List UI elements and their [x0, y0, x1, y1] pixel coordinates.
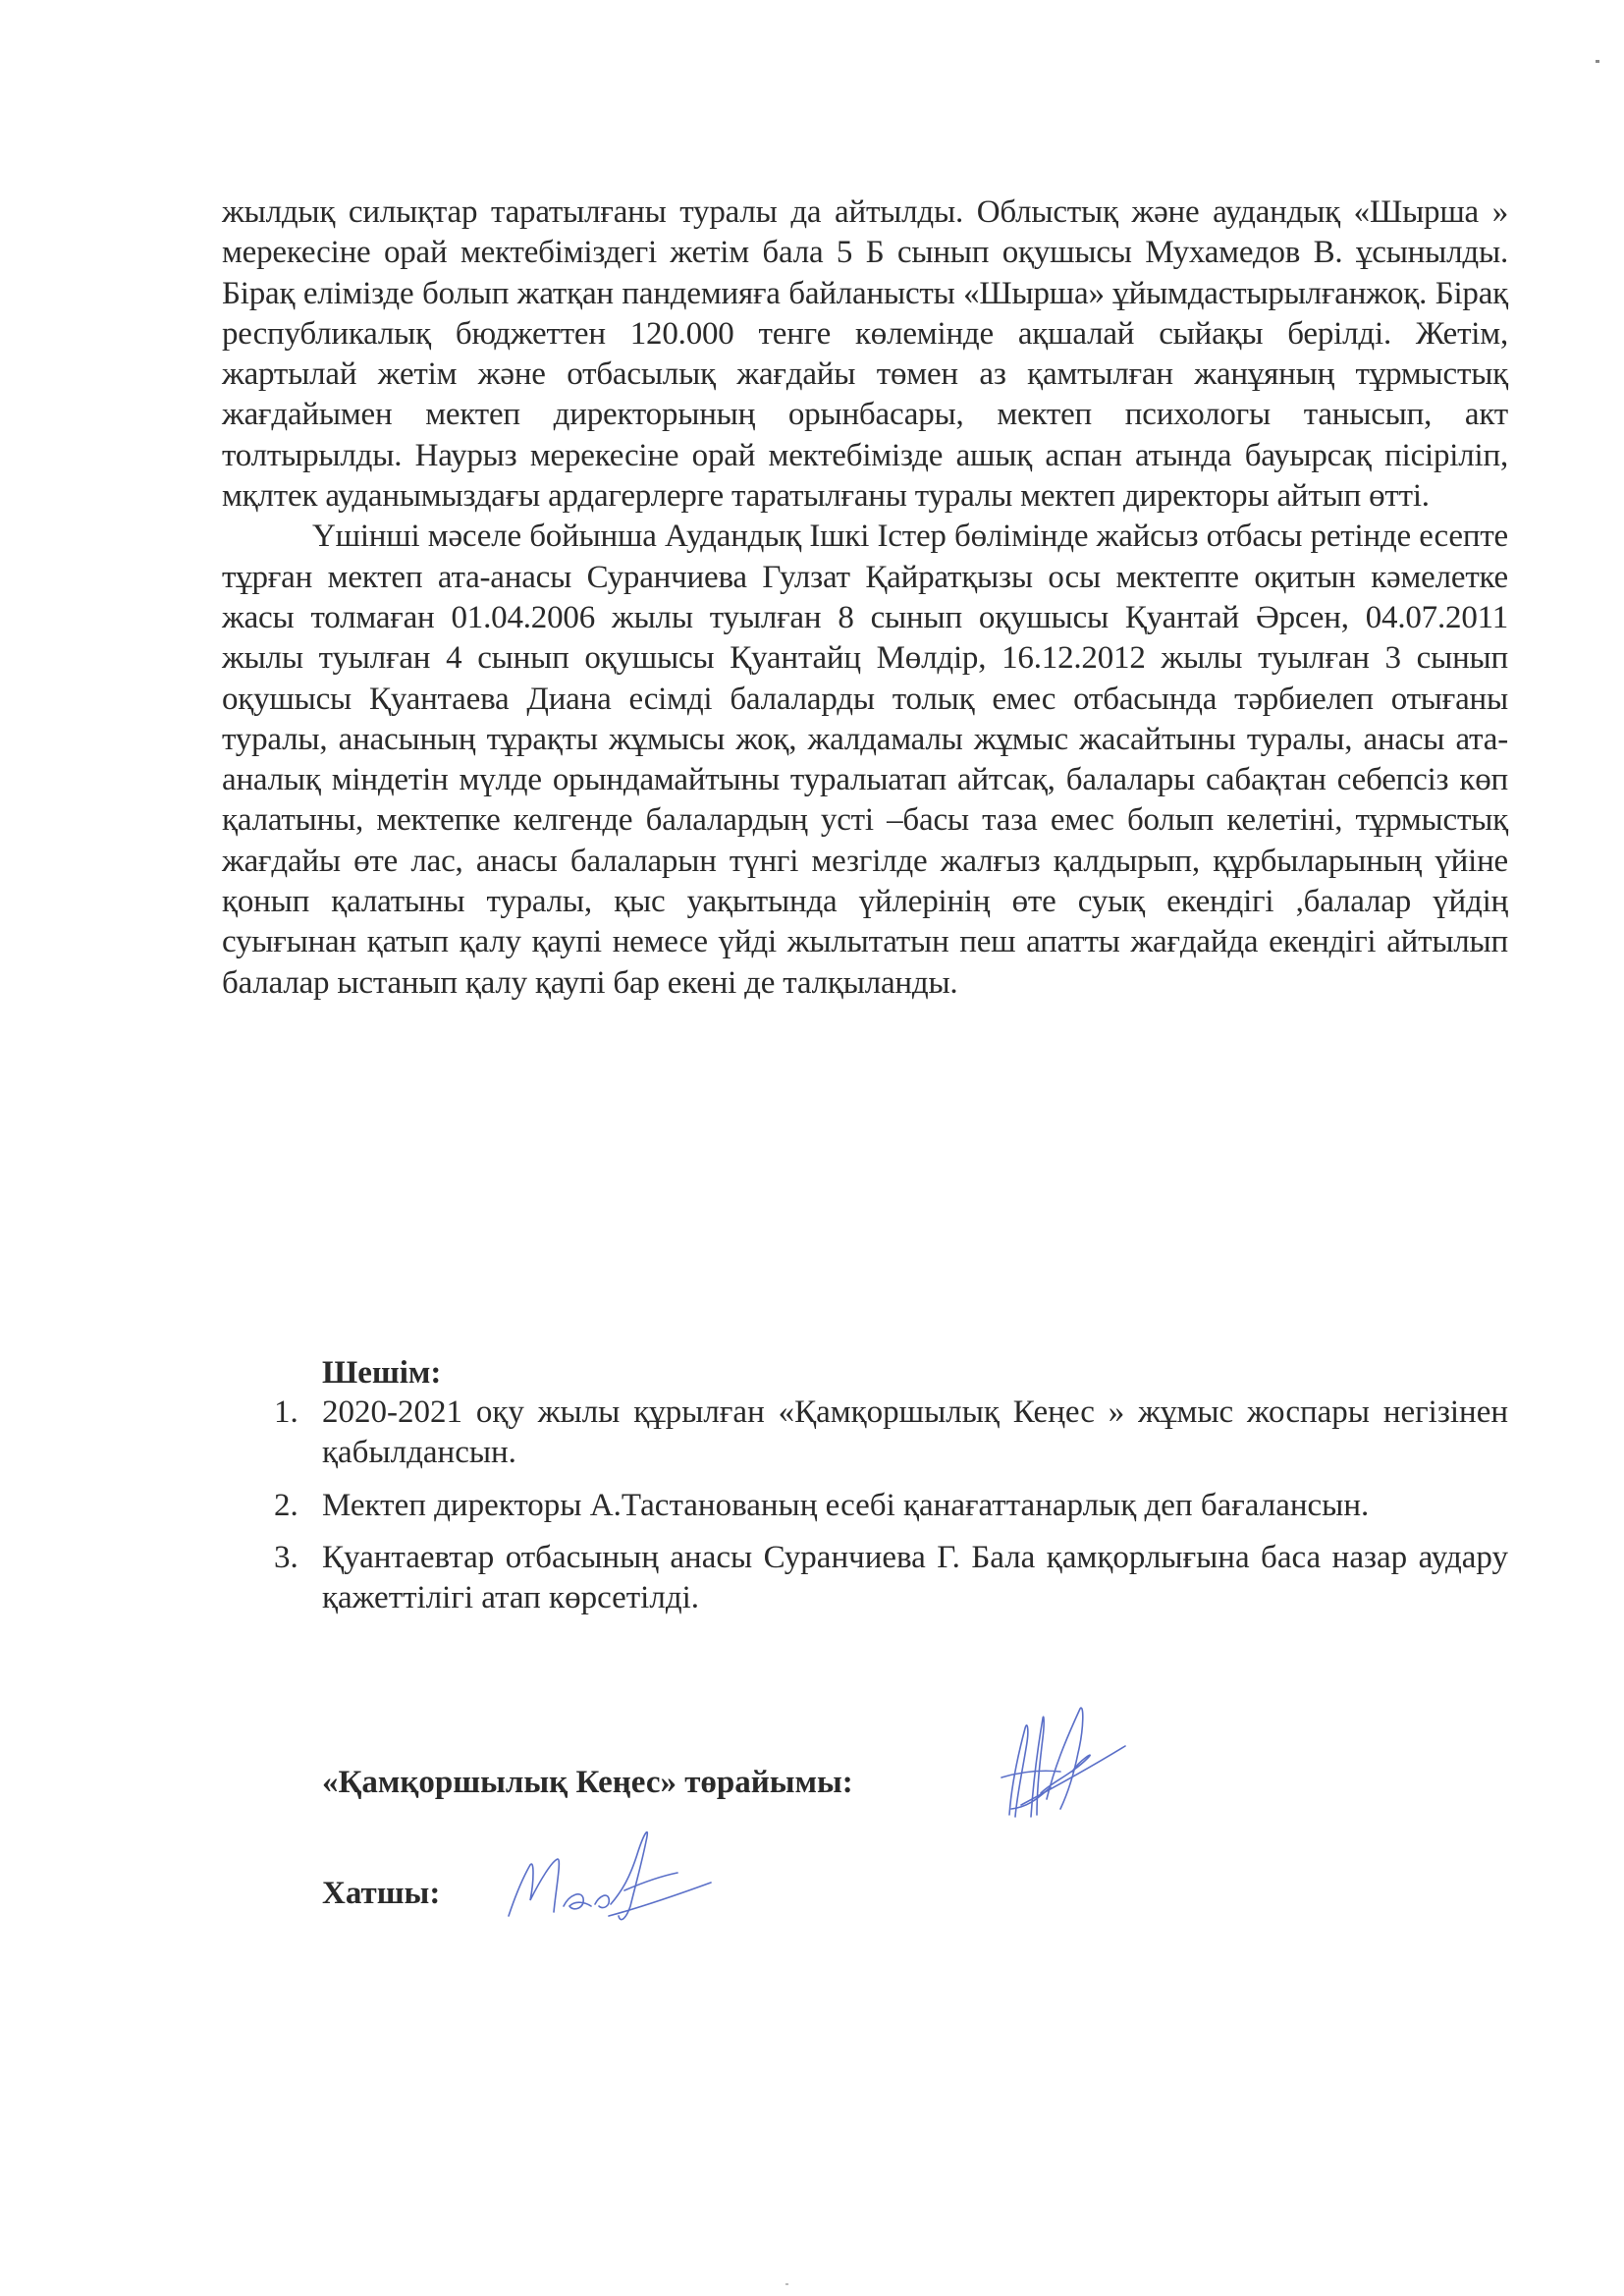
paragraph-continuation: жылдық силықтар таратылғаны туралы да ай…: [222, 192, 1508, 517]
secretary-signature-label: Хатшы:: [322, 1874, 440, 1914]
decision-heading: Шешім:: [322, 1353, 441, 1394]
decision-text: Қуантаевтар отбасының анасы Суранчиева Г…: [322, 1538, 1508, 1619]
decision-item: 1. 2020-2021 оқу жылы құрылған «Қамқоршы…: [222, 1393, 1508, 1474]
decision-text: Мектеп директоры А.Тастанованың есебі қа…: [322, 1486, 1508, 1526]
chair-signature-label: «Қамқоршылық Кеңес» төрайымы:: [322, 1763, 853, 1803]
decision-number: 3.: [222, 1538, 322, 1619]
decision-list: 1. 2020-2021 оқу жылы құрылған «Қамқоршы…: [222, 1393, 1508, 1630]
decision-text: 2020-2021 оқу жылы құрылған «Қамқоршылық…: [322, 1393, 1508, 1474]
document-page: жылдық силықтар таратылғаны туралы да ай…: [0, 0, 1624, 2296]
decision-item: 3. Қуантаевтар отбасының анасы Суранчиев…: [222, 1538, 1508, 1619]
decision-number: 1.: [222, 1393, 322, 1474]
scan-artifact: [785, 2283, 788, 2285]
paragraph-third-issue: Үшінші мәселе бойынша Аудандық Ішкі Істе…: [222, 517, 1508, 1004]
document-body: жылдық силықтар таратылғаны туралы да ай…: [222, 192, 1508, 1004]
decision-number: 2.: [222, 1486, 322, 1526]
decision-item: 2. Мектеп директоры А.Тастанованың есебі…: [222, 1486, 1508, 1526]
chair-signature-icon: [982, 1699, 1129, 1827]
scan-artifact: [1596, 60, 1599, 63]
secretary-signature-icon: [501, 1822, 717, 1930]
